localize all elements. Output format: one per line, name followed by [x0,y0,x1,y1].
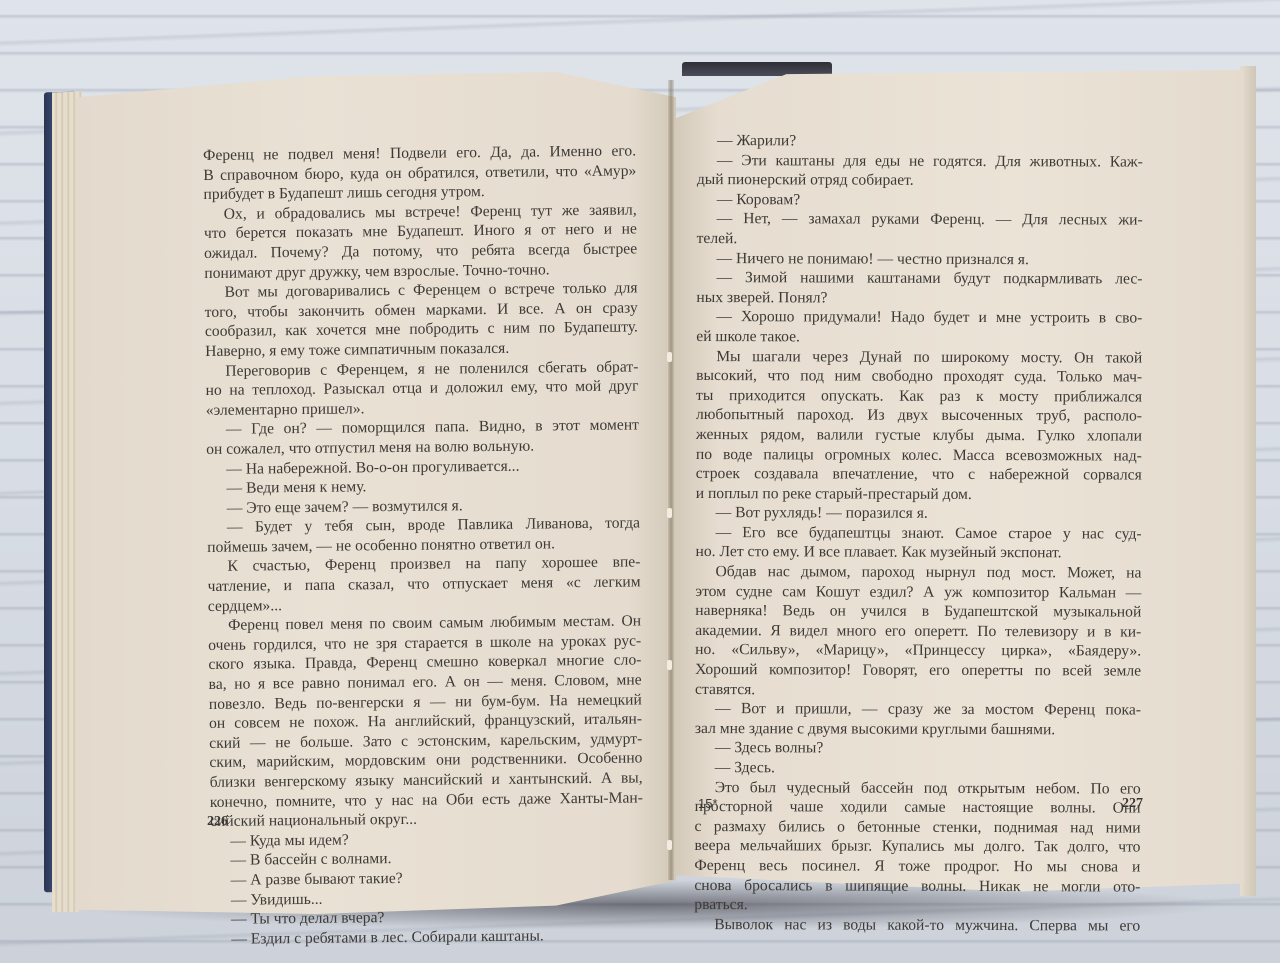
text-line: — Вот и пришли, — сразу же за мостом Фер… [695,699,1141,720]
text-line: Хороший композитор! Говорят, его оперетт… [695,660,1141,681]
text-line: Выволок нас из воды какой-то мужчина. Сп… [694,915,1140,936]
book-cover-edge-top [682,62,832,76]
text-line: — Здесь. [695,758,1141,779]
text-line: любопытный пароход. Из двух высоченных т… [696,405,1142,426]
text-line: — Здесь волны? [695,738,1141,759]
text-line: — Эти каштаны для еды не годятся. Для жи… [697,151,1143,172]
text-line: — Зимой нашими каштанами будут подкармли… [696,268,1142,289]
text-line: — Хорошо придумали! Надо будет и мне уст… [696,307,1142,328]
text-line: ставятся. [695,680,1141,701]
binding-thread [667,352,672,362]
text-line: с размаху бились о бетонные стенки, подн… [695,817,1141,838]
text-line: но. Лет сто ему. И все плавает. Как музе… [695,542,1141,563]
text-line: дый пионерский отряд собирает. [697,170,1143,191]
text-line: — Нет, — замахал руками Ференц. — Для ле… [697,209,1143,230]
text-line: Ференц весь посинел. Я тоже продрог. Но … [694,856,1140,877]
book-gutter [668,80,674,880]
text-line: — Ничего не понимаю! — честно признался … [697,249,1143,270]
text-line: снова бросались в шипящие волны. Никак н… [694,876,1140,897]
text-line: веера мельчайших брызг. Купались мы долг… [694,836,1140,857]
text-line: — Ездил с ребятами в лес. Собирали кашта… [211,925,644,949]
text-line: наверняка! Ведь он учился в Будапештской… [695,601,1141,622]
binding-thread [667,508,672,518]
text-line: рваться. [694,895,1140,916]
text-line: просторной чаше ходили самые настоящие в… [695,797,1141,818]
text-line: Обдав нас дымом, пароход нырнул под мост… [695,562,1141,583]
text-line: — Его все будапештцы знают. Самое старое… [696,523,1142,544]
text-line: высокий, что под ним свободно проходят с… [696,366,1142,387]
text-line: академии. Я видел много его оперетт. По … [695,621,1141,642]
text-line: — Жарили? [697,131,1143,152]
text-line: — Коровам? [697,190,1143,211]
text-line: ты приходится опускать. Как раз к мосту … [696,386,1142,407]
text-line: зал мне здание с двумя высокими круглыми… [695,719,1141,740]
text-line: — Вот рухлядь! — поразился я. [696,503,1142,524]
text-line: телей. [697,229,1143,250]
text-line: но. «Сильву», «Марицу», «Принцессу цирка… [695,640,1141,661]
text-line: ей школе такое. [696,327,1142,348]
left-page-number: 226 [207,814,228,830]
right-page-number: 227 [1122,796,1143,812]
text-line: строек создавала впечатление, что с набе… [696,464,1142,485]
signature-mark: 15* [698,796,718,811]
right-page-text: — Жарили?— Эти каштаны для еды не годятс… [694,131,1143,936]
text-line: этом судне сам Кошут ездил? А уж компози… [695,582,1141,603]
text-line: Мы шагали через Дунай по широкому мосту.… [696,347,1142,368]
left-page-text: Ференц не подвел меня! Подвели его. Да, … [203,141,644,949]
text-line: женных рядом, валили густые клубы дыма. … [696,425,1142,446]
text-line: по воде палицы огромных колес. Масса все… [696,444,1142,465]
text-line: и поплыл по реке старый-престарый дом. [696,484,1142,505]
binding-thread [667,840,672,850]
text-line: ных зверей. Понял? [696,288,1142,309]
text-line: Это был чудесный бассейн под открытым не… [695,778,1141,799]
binding-thread [667,660,672,670]
